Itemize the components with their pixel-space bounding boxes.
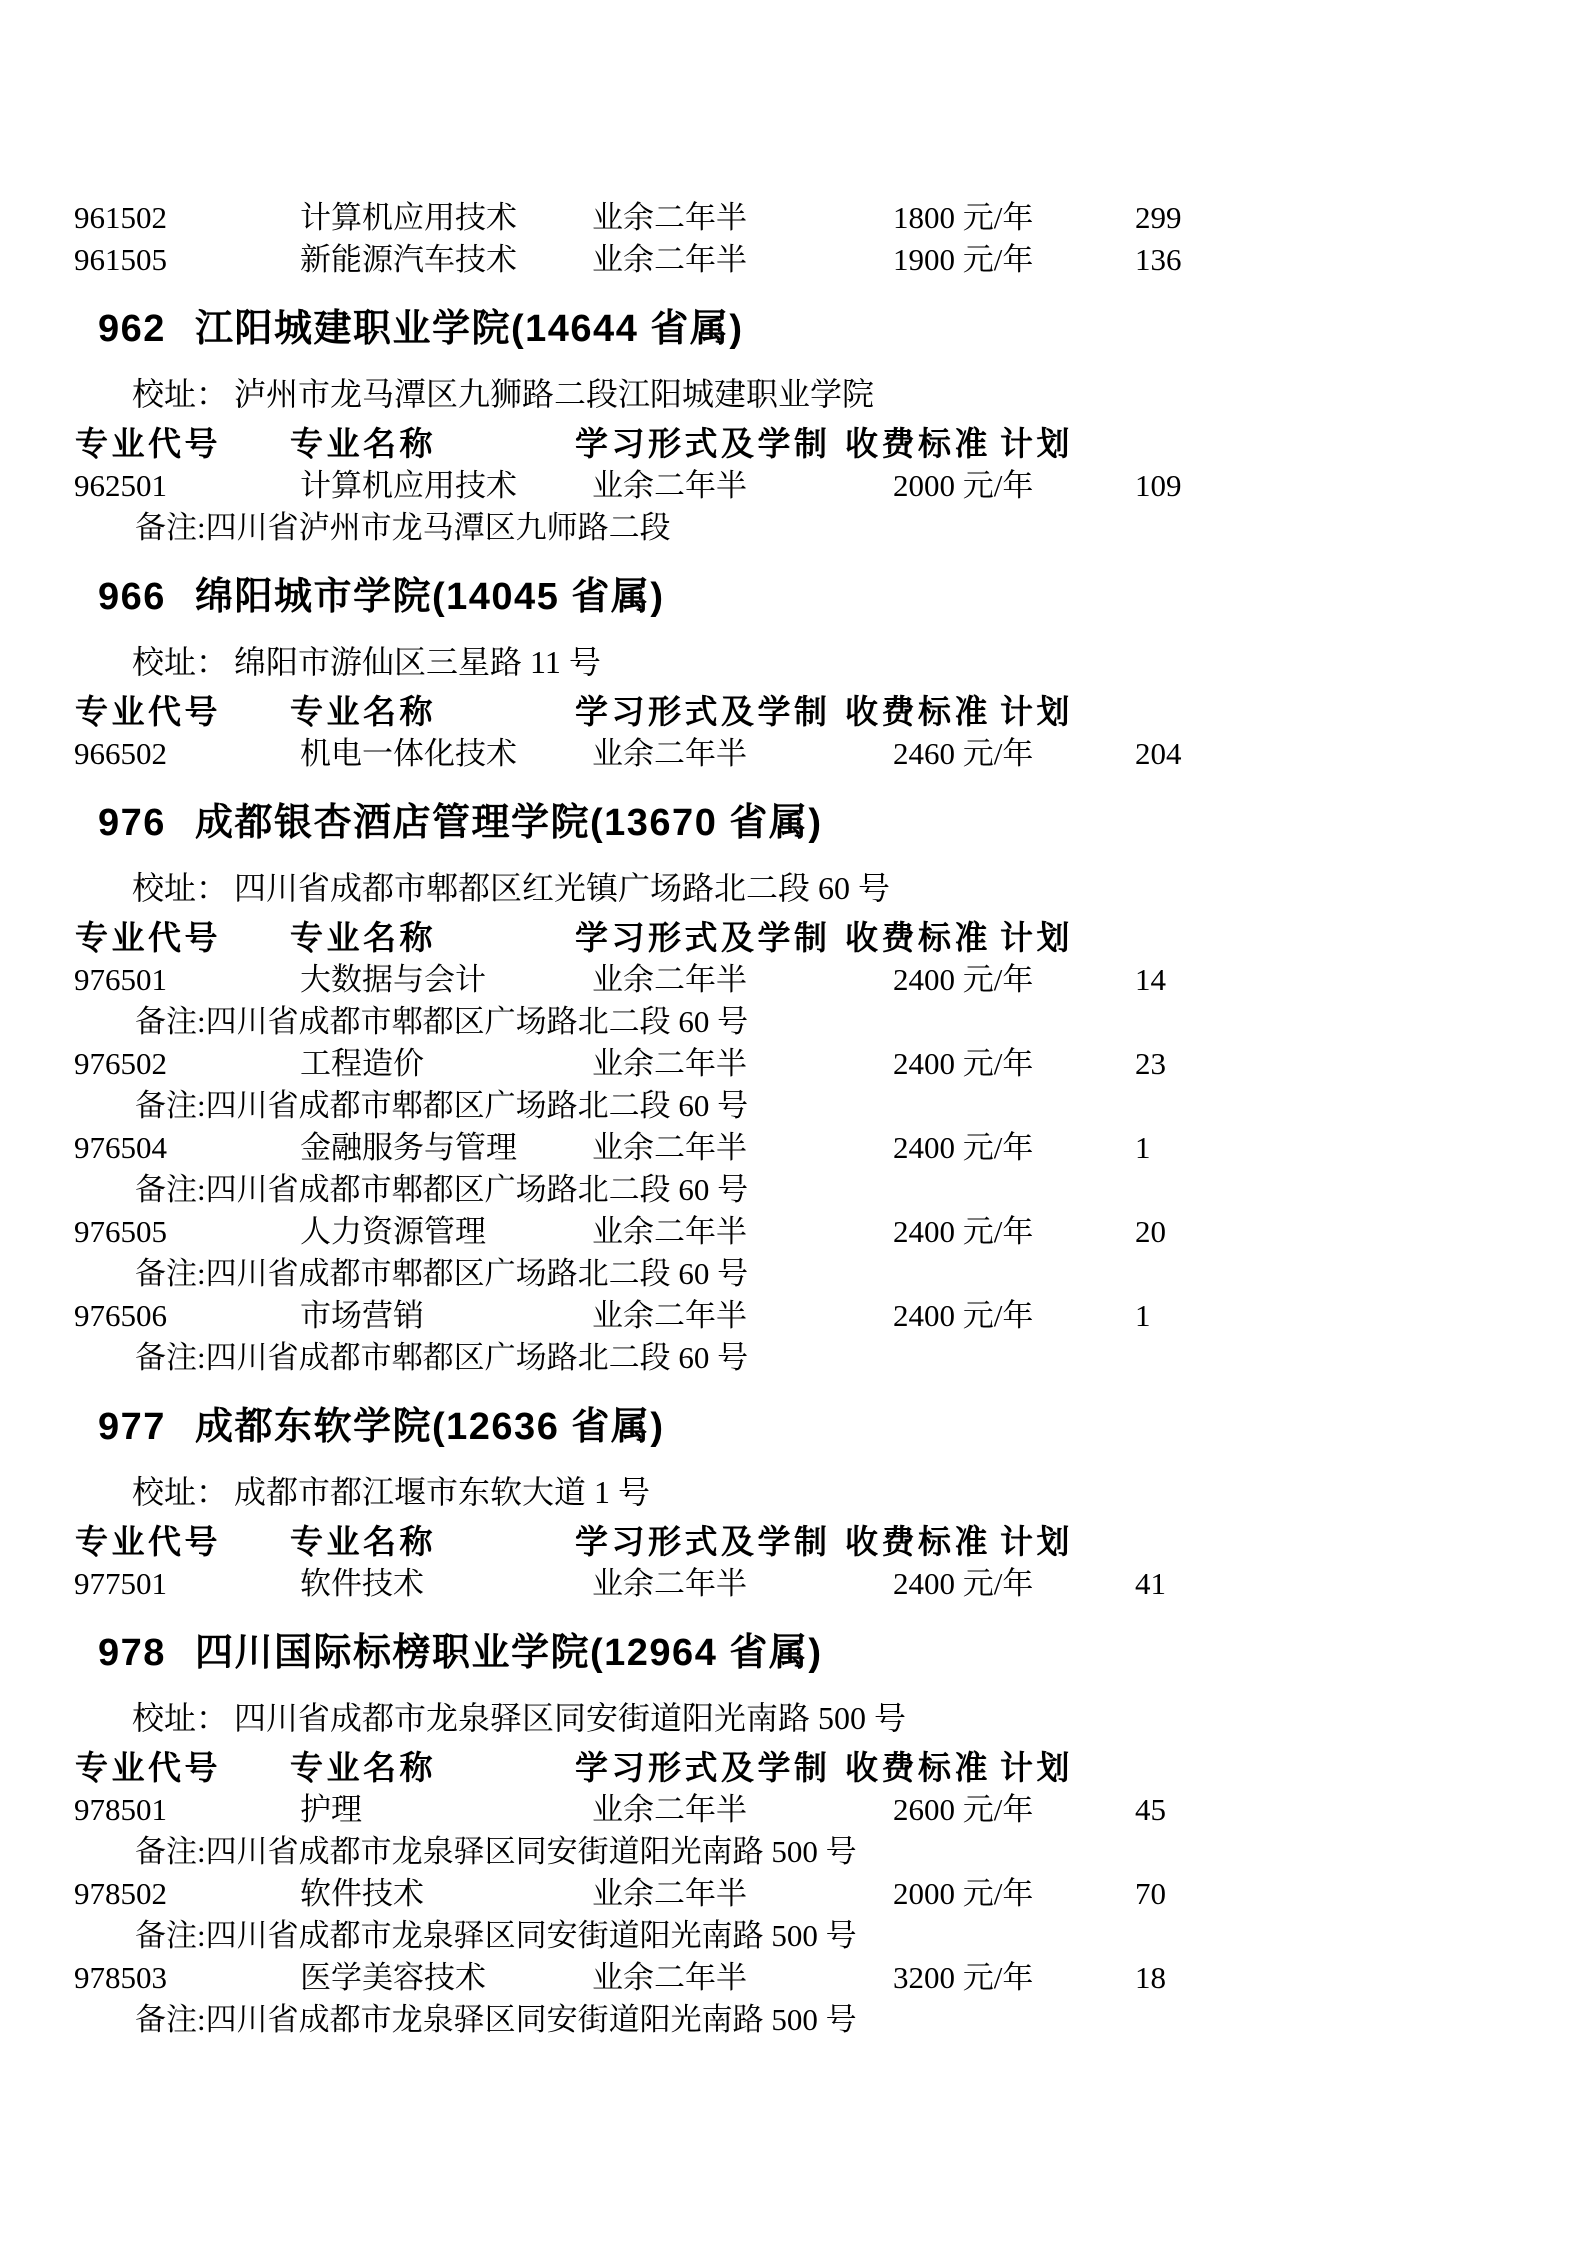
study-form-cell: 业余二年半 bbox=[592, 1043, 747, 1085]
school-code: 976 bbox=[98, 800, 166, 846]
major-name-cell: 计算机应用技术 bbox=[300, 465, 517, 507]
note-label: 备注: bbox=[135, 1172, 206, 1207]
fee-cell: 2400 元/年 bbox=[893, 1563, 1033, 1605]
column-header-form: 学习形式及学制 bbox=[575, 917, 831, 959]
school-title: 绵阳城市学院(14045 省属) bbox=[195, 574, 665, 620]
school-section-heading: 977成都东软学院(12636 省属) bbox=[0, 1404, 1587, 1450]
address-label: 校址： bbox=[132, 1474, 228, 1510]
major-name-cell: 软件技术 bbox=[300, 1563, 424, 1605]
address-value: 绵阳市游仙区三星路 11 号 bbox=[228, 644, 601, 680]
note-line: 备注:四川省成都市龙泉驿区同安街道阳光南路 500 号 bbox=[0, 1831, 1587, 1873]
major-name-cell: 大数据与会计 bbox=[300, 959, 486, 1001]
table-row: 978503医学美容技术业余二年半3200 元/年18 bbox=[0, 1957, 1587, 1999]
column-header-fee: 收费标准 bbox=[845, 1521, 991, 1563]
major-code-cell: 976505 bbox=[74, 1211, 167, 1253]
table-row: 978501护理业余二年半2600 元/年45 bbox=[0, 1789, 1587, 1831]
column-header-code: 专业代号 bbox=[75, 1521, 221, 1563]
table-row: 976504金融服务与管理业余二年半2400 元/年1 bbox=[0, 1127, 1587, 1169]
plan-count-cell: 23 bbox=[1135, 1043, 1166, 1085]
fee-cell: 2400 元/年 bbox=[893, 1211, 1033, 1253]
major-code-cell: 966502 bbox=[74, 733, 167, 775]
note-line: 备注:四川省泸州市龙马潭区九师路二段 bbox=[0, 507, 1587, 549]
column-header-plan: 计划 bbox=[1000, 917, 1073, 959]
major-code-cell: 977501 bbox=[74, 1563, 167, 1605]
address-label: 校址： bbox=[132, 376, 228, 412]
table-header-row: 专业代号专业名称学习形式及学制收费标准计划 bbox=[0, 691, 1587, 733]
major-name-cell: 机电一体化技术 bbox=[300, 733, 517, 775]
column-header-fee: 收费标准 bbox=[845, 917, 991, 959]
table-header-row: 专业代号专业名称学习形式及学制收费标准计划 bbox=[0, 917, 1587, 959]
study-form-cell: 业余二年半 bbox=[592, 1873, 747, 1915]
column-header-code: 专业代号 bbox=[75, 691, 221, 733]
table-row: 976501大数据与会计业余二年半2400 元/年14 bbox=[0, 959, 1587, 1001]
note-line: 备注:四川省成都市郫都区广场路北二段 60 号 bbox=[0, 1085, 1587, 1127]
major-name-cell: 市场营销 bbox=[300, 1295, 424, 1337]
plan-count-cell: 18 bbox=[1135, 1957, 1166, 1999]
table-row: 978502软件技术业余二年半2000 元/年70 bbox=[0, 1873, 1587, 1915]
note-value: 四川省成都市郫都区广场路北二段 60 号 bbox=[206, 1172, 749, 1207]
note-label: 备注: bbox=[135, 1340, 206, 1375]
fee-cell: 1800 元/年 bbox=[893, 197, 1033, 239]
major-code-cell: 976501 bbox=[74, 959, 167, 1001]
note-value: 四川省成都市龙泉驿区同安街道阳光南路 500 号 bbox=[206, 2002, 857, 2037]
fee-cell: 2000 元/年 bbox=[893, 1873, 1033, 1915]
plan-count-cell: 1 bbox=[1135, 1295, 1151, 1337]
fee-cell: 2600 元/年 bbox=[893, 1789, 1033, 1831]
study-form-cell: 业余二年半 bbox=[592, 465, 747, 507]
table-row: 976502工程造价业余二年半2400 元/年23 bbox=[0, 1043, 1587, 1085]
school-code: 962 bbox=[98, 306, 166, 352]
note-value: 四川省成都市龙泉驿区同安街道阳光南路 500 号 bbox=[206, 1834, 857, 1869]
note-label: 备注: bbox=[135, 1088, 206, 1123]
note-value: 四川省成都市郫都区广场路北二段 60 号 bbox=[206, 1004, 749, 1039]
note-line: 备注:四川省成都市龙泉驿区同安街道阳光南路 500 号 bbox=[0, 1999, 1587, 2041]
admission-plan-document-page: 961502计算机应用技术业余二年半1800 元/年299961505新能源汽车… bbox=[0, 0, 1587, 2245]
major-name-cell: 金融服务与管理 bbox=[300, 1127, 517, 1169]
plan-count-cell: 14 bbox=[1135, 959, 1166, 1001]
column-header-name: 专业名称 bbox=[290, 917, 436, 959]
plan-count-cell: 70 bbox=[1135, 1873, 1166, 1915]
major-code-cell: 978503 bbox=[74, 1957, 167, 1999]
study-form-cell: 业余二年半 bbox=[592, 1563, 747, 1605]
school-code: 966 bbox=[98, 574, 166, 620]
plan-count-cell: 1 bbox=[1135, 1127, 1151, 1169]
column-header-name: 专业名称 bbox=[290, 691, 436, 733]
column-header-form: 学习形式及学制 bbox=[575, 1521, 831, 1563]
fee-cell: 2000 元/年 bbox=[893, 465, 1033, 507]
school-address-line: 校址：泸州市龙马潭区九狮路二段江阳城建职业学院 bbox=[0, 373, 1587, 415]
address-label: 校址： bbox=[132, 870, 228, 906]
plan-count-cell: 20 bbox=[1135, 1211, 1166, 1253]
major-name-cell: 人力资源管理 bbox=[300, 1211, 486, 1253]
school-address-line: 校址：四川省成都市郫都区红光镇广场路北二段 60 号 bbox=[0, 867, 1587, 909]
note-value: 四川省成都市郫都区广场路北二段 60 号 bbox=[206, 1088, 749, 1123]
note-label: 备注: bbox=[135, 510, 206, 545]
table-header-row: 专业代号专业名称学习形式及学制收费标准计划 bbox=[0, 1521, 1587, 1563]
school-section-heading: 962江阳城建职业学院(14644 省属) bbox=[0, 306, 1587, 352]
document-lines: 961502计算机应用技术业余二年半1800 元/年299961505新能源汽车… bbox=[0, 0, 1587, 2041]
major-code-cell: 961505 bbox=[74, 239, 167, 281]
table-row: 976505人力资源管理业余二年半2400 元/年20 bbox=[0, 1211, 1587, 1253]
school-section-heading: 978四川国际标榜职业学院(12964 省属) bbox=[0, 1630, 1587, 1676]
address-value: 四川省成都市郫都区红光镇广场路北二段 60 号 bbox=[228, 870, 890, 906]
plan-count-cell: 299 bbox=[1135, 197, 1182, 239]
plan-count-cell: 41 bbox=[1135, 1563, 1166, 1605]
column-header-name: 专业名称 bbox=[290, 1747, 436, 1789]
note-line: 备注:四川省成都市龙泉驿区同安街道阳光南路 500 号 bbox=[0, 1915, 1587, 1957]
school-address-line: 校址：成都市都江堰市东软大道 1 号 bbox=[0, 1471, 1587, 1513]
table-header-row: 专业代号专业名称学习形式及学制收费标准计划 bbox=[0, 1747, 1587, 1789]
major-name-cell: 医学美容技术 bbox=[300, 1957, 486, 1999]
column-header-name: 专业名称 bbox=[290, 1521, 436, 1563]
study-form-cell: 业余二年半 bbox=[592, 1211, 747, 1253]
fee-cell: 2400 元/年 bbox=[893, 959, 1033, 1001]
note-label: 备注: bbox=[135, 1256, 206, 1291]
note-value: 四川省成都市郫都区广场路北二段 60 号 bbox=[206, 1256, 749, 1291]
school-code: 978 bbox=[98, 1630, 166, 1676]
fee-cell: 2400 元/年 bbox=[893, 1295, 1033, 1337]
plan-count-cell: 204 bbox=[1135, 733, 1182, 775]
major-name-cell: 工程造价 bbox=[300, 1043, 424, 1085]
table-row: 961505新能源汽车技术业余二年半1900 元/年136 bbox=[0, 239, 1587, 281]
address-value: 泸州市龙马潭区九狮路二段江阳城建职业学院 bbox=[228, 376, 874, 412]
column-header-fee: 收费标准 bbox=[845, 691, 991, 733]
major-code-cell: 978502 bbox=[74, 1873, 167, 1915]
study-form-cell: 业余二年半 bbox=[592, 733, 747, 775]
table-row: 966502机电一体化技术业余二年半2460 元/年204 bbox=[0, 733, 1587, 775]
note-line: 备注:四川省成都市郫都区广场路北二段 60 号 bbox=[0, 1169, 1587, 1211]
column-header-form: 学习形式及学制 bbox=[575, 691, 831, 733]
major-code-cell: 976502 bbox=[74, 1043, 167, 1085]
major-code-cell: 978501 bbox=[74, 1789, 167, 1831]
fee-cell: 3200 元/年 bbox=[893, 1957, 1033, 1999]
table-header-row: 专业代号专业名称学习形式及学制收费标准计划 bbox=[0, 423, 1587, 465]
study-form-cell: 业余二年半 bbox=[592, 197, 747, 239]
column-header-form: 学习形式及学制 bbox=[575, 1747, 831, 1789]
school-title: 江阳城建职业学院(14644 省属) bbox=[195, 306, 744, 352]
study-form-cell: 业余二年半 bbox=[592, 1789, 747, 1831]
column-header-fee: 收费标准 bbox=[845, 1747, 991, 1789]
address-label: 校址： bbox=[132, 1700, 228, 1736]
table-row: 977501软件技术业余二年半2400 元/年41 bbox=[0, 1563, 1587, 1605]
study-form-cell: 业余二年半 bbox=[592, 1957, 747, 1999]
study-form-cell: 业余二年半 bbox=[592, 959, 747, 1001]
table-row: 961502计算机应用技术业余二年半1800 元/年299 bbox=[0, 197, 1587, 239]
fee-cell: 2400 元/年 bbox=[893, 1127, 1033, 1169]
column-header-plan: 计划 bbox=[1000, 423, 1073, 465]
note-value: 四川省泸州市龙马潭区九师路二段 bbox=[206, 510, 671, 545]
major-name-cell: 护理 bbox=[300, 1789, 362, 1831]
fee-cell: 2460 元/年 bbox=[893, 733, 1033, 775]
address-label: 校址： bbox=[132, 644, 228, 680]
note-value: 四川省成都市龙泉驿区同安街道阳光南路 500 号 bbox=[206, 1918, 857, 1953]
school-title: 成都银杏酒店管理学院(13670 省属) bbox=[195, 800, 823, 846]
note-value: 四川省成都市郫都区广场路北二段 60 号 bbox=[206, 1340, 749, 1375]
column-header-code: 专业代号 bbox=[75, 1747, 221, 1789]
school-title: 成都东软学院(12636 省属) bbox=[195, 1404, 665, 1450]
school-address-line: 校址：绵阳市游仙区三星路 11 号 bbox=[0, 641, 1587, 683]
column-header-fee: 收费标准 bbox=[845, 423, 991, 465]
major-name-cell: 软件技术 bbox=[300, 1873, 424, 1915]
fee-cell: 1900 元/年 bbox=[893, 239, 1033, 281]
note-line: 备注:四川省成都市郫都区广场路北二段 60 号 bbox=[0, 1253, 1587, 1295]
school-title: 四川国际标榜职业学院(12964 省属) bbox=[195, 1630, 823, 1676]
column-header-plan: 计划 bbox=[1000, 1747, 1073, 1789]
major-name-cell: 计算机应用技术 bbox=[300, 197, 517, 239]
major-code-cell: 976504 bbox=[74, 1127, 167, 1169]
note-label: 备注: bbox=[135, 1004, 206, 1039]
column-header-code: 专业代号 bbox=[75, 423, 221, 465]
major-code-cell: 976506 bbox=[74, 1295, 167, 1337]
school-address-line: 校址：四川省成都市龙泉驿区同安街道阳光南路 500 号 bbox=[0, 1697, 1587, 1739]
address-value: 成都市都江堰市东软大道 1 号 bbox=[228, 1474, 650, 1510]
note-line: 备注:四川省成都市郫都区广场路北二段 60 号 bbox=[0, 1337, 1587, 1379]
column-header-plan: 计划 bbox=[1000, 691, 1073, 733]
school-section-heading: 966绵阳城市学院(14045 省属) bbox=[0, 574, 1587, 620]
major-code-cell: 961502 bbox=[74, 197, 167, 239]
study-form-cell: 业余二年半 bbox=[592, 1295, 747, 1337]
table-row: 976506市场营销业余二年半2400 元/年1 bbox=[0, 1295, 1587, 1337]
study-form-cell: 业余二年半 bbox=[592, 239, 747, 281]
plan-count-cell: 109 bbox=[1135, 465, 1182, 507]
school-section-heading: 976成都银杏酒店管理学院(13670 省属) bbox=[0, 800, 1587, 846]
column-header-form: 学习形式及学制 bbox=[575, 423, 831, 465]
school-code: 977 bbox=[98, 1404, 166, 1450]
plan-count-cell: 45 bbox=[1135, 1789, 1166, 1831]
table-row: 962501计算机应用技术业余二年半2000 元/年109 bbox=[0, 465, 1587, 507]
study-form-cell: 业余二年半 bbox=[592, 1127, 747, 1169]
column-header-code: 专业代号 bbox=[75, 917, 221, 959]
address-value: 四川省成都市龙泉驿区同安街道阳光南路 500 号 bbox=[228, 1700, 906, 1736]
note-label: 备注: bbox=[135, 1918, 206, 1953]
note-label: 备注: bbox=[135, 2002, 206, 2037]
note-line: 备注:四川省成都市郫都区广场路北二段 60 号 bbox=[0, 1001, 1587, 1043]
major-code-cell: 962501 bbox=[74, 465, 167, 507]
column-header-plan: 计划 bbox=[1000, 1521, 1073, 1563]
plan-count-cell: 136 bbox=[1135, 239, 1182, 281]
column-header-name: 专业名称 bbox=[290, 423, 436, 465]
fee-cell: 2400 元/年 bbox=[893, 1043, 1033, 1085]
note-label: 备注: bbox=[135, 1834, 206, 1869]
major-name-cell: 新能源汽车技术 bbox=[300, 239, 517, 281]
